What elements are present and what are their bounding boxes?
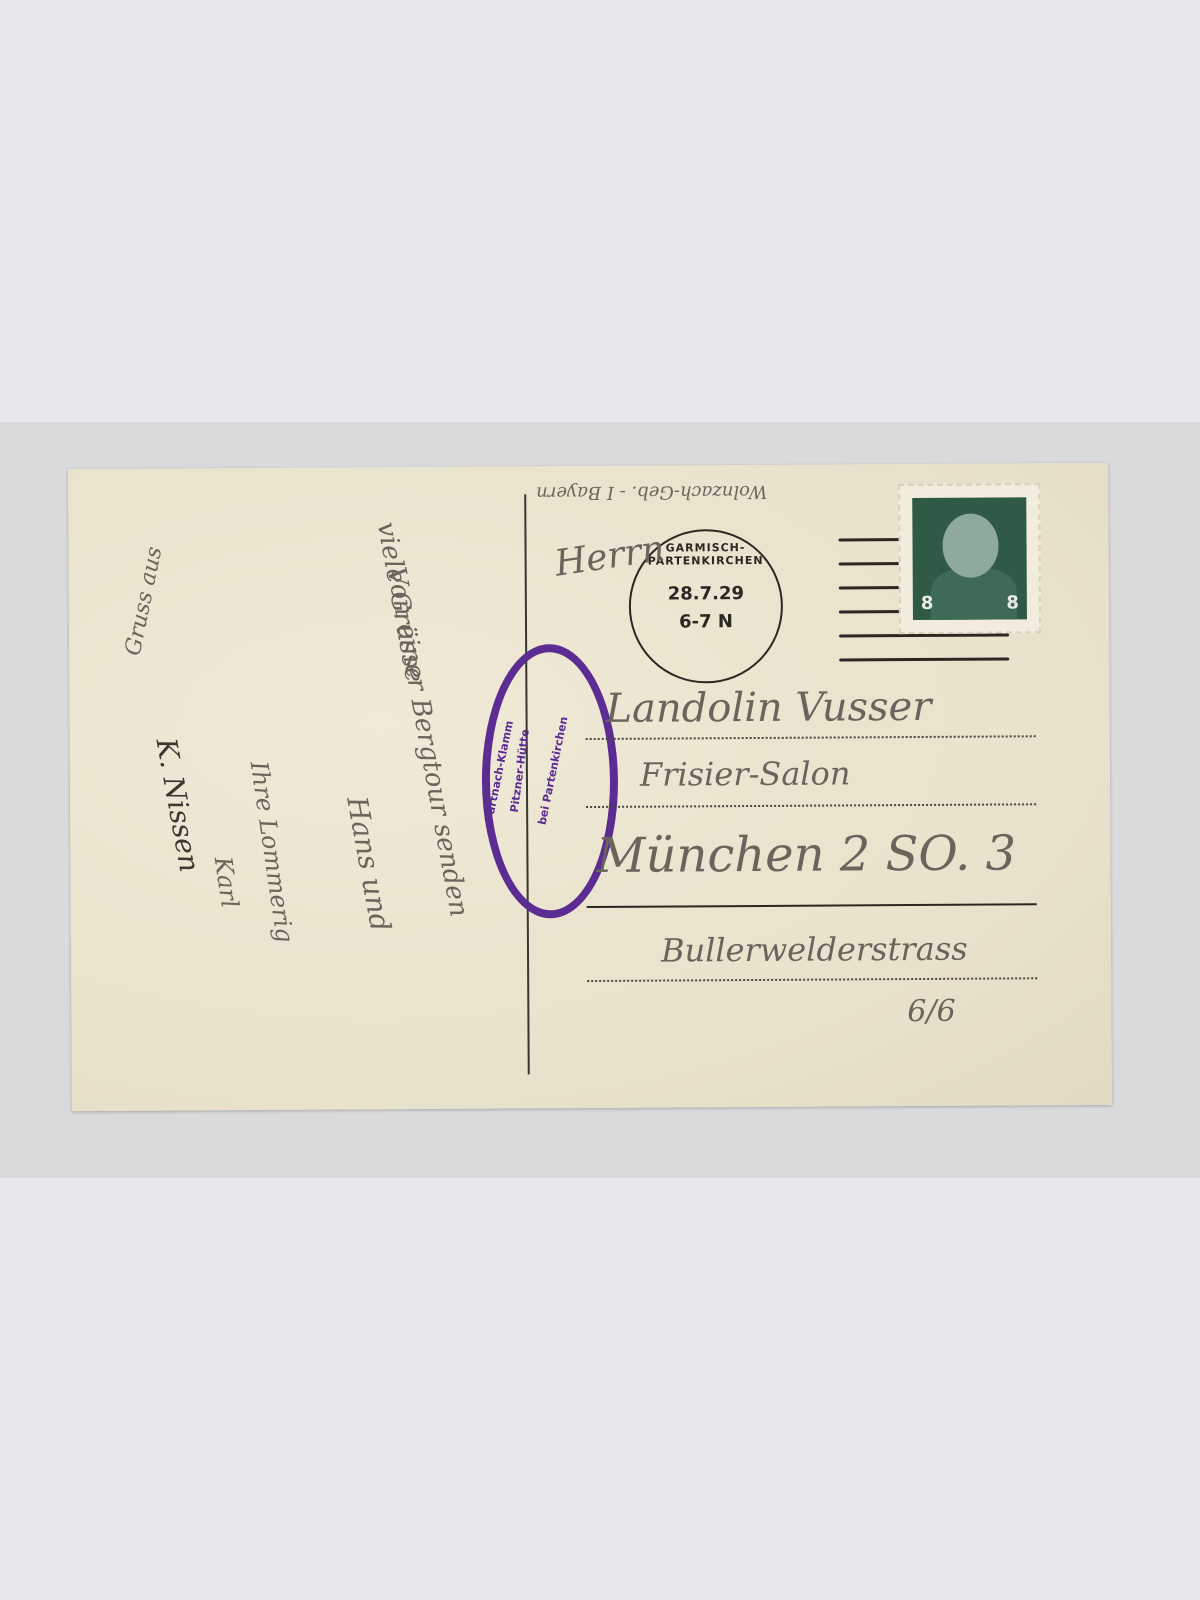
address-street: Bullerwelderstrass bbox=[661, 930, 968, 970]
stamp-value-right: 8 bbox=[1006, 592, 1019, 613]
address-line bbox=[586, 803, 1036, 808]
stamp-portrait-face bbox=[942, 514, 998, 578]
address-line bbox=[587, 903, 1037, 908]
sender-note: Wolnzach-Geb. - I Bayern bbox=[536, 481, 767, 503]
stamp-portrait: 8 8 bbox=[912, 497, 1027, 620]
signature: Karl bbox=[209, 855, 244, 910]
address-name: Landolin Vusser bbox=[605, 684, 931, 732]
address-line bbox=[586, 735, 1036, 740]
cachet-line3: bei Partenkirchen bbox=[536, 715, 571, 826]
postmark-date: 28.7.29 bbox=[631, 583, 781, 605]
postcard: Wolnzach-Geb. - I Bayern GARMISCH-PARTEN… bbox=[68, 463, 1112, 1111]
cancellation-line bbox=[839, 633, 1009, 637]
postmark-time: 6-7 N bbox=[631, 611, 781, 633]
signature: K. Nissen bbox=[149, 735, 206, 874]
cancellation-line bbox=[839, 657, 1009, 661]
postage-stamp: 8 8 bbox=[898, 483, 1041, 634]
signature: Ihre Lommerig bbox=[245, 759, 299, 944]
message-line: Hans und bbox=[340, 794, 397, 934]
address-line bbox=[587, 977, 1037, 982]
address-city: München 2 SO. 3 bbox=[596, 825, 1016, 884]
message-line: viele Grüsse bbox=[371, 520, 430, 685]
address-note: 6/6 bbox=[907, 994, 955, 1029]
stamp-value-left: 8 bbox=[921, 593, 934, 614]
address-business: Frisier-Salon bbox=[640, 754, 851, 793]
message-line: Gruss aus bbox=[121, 545, 168, 658]
